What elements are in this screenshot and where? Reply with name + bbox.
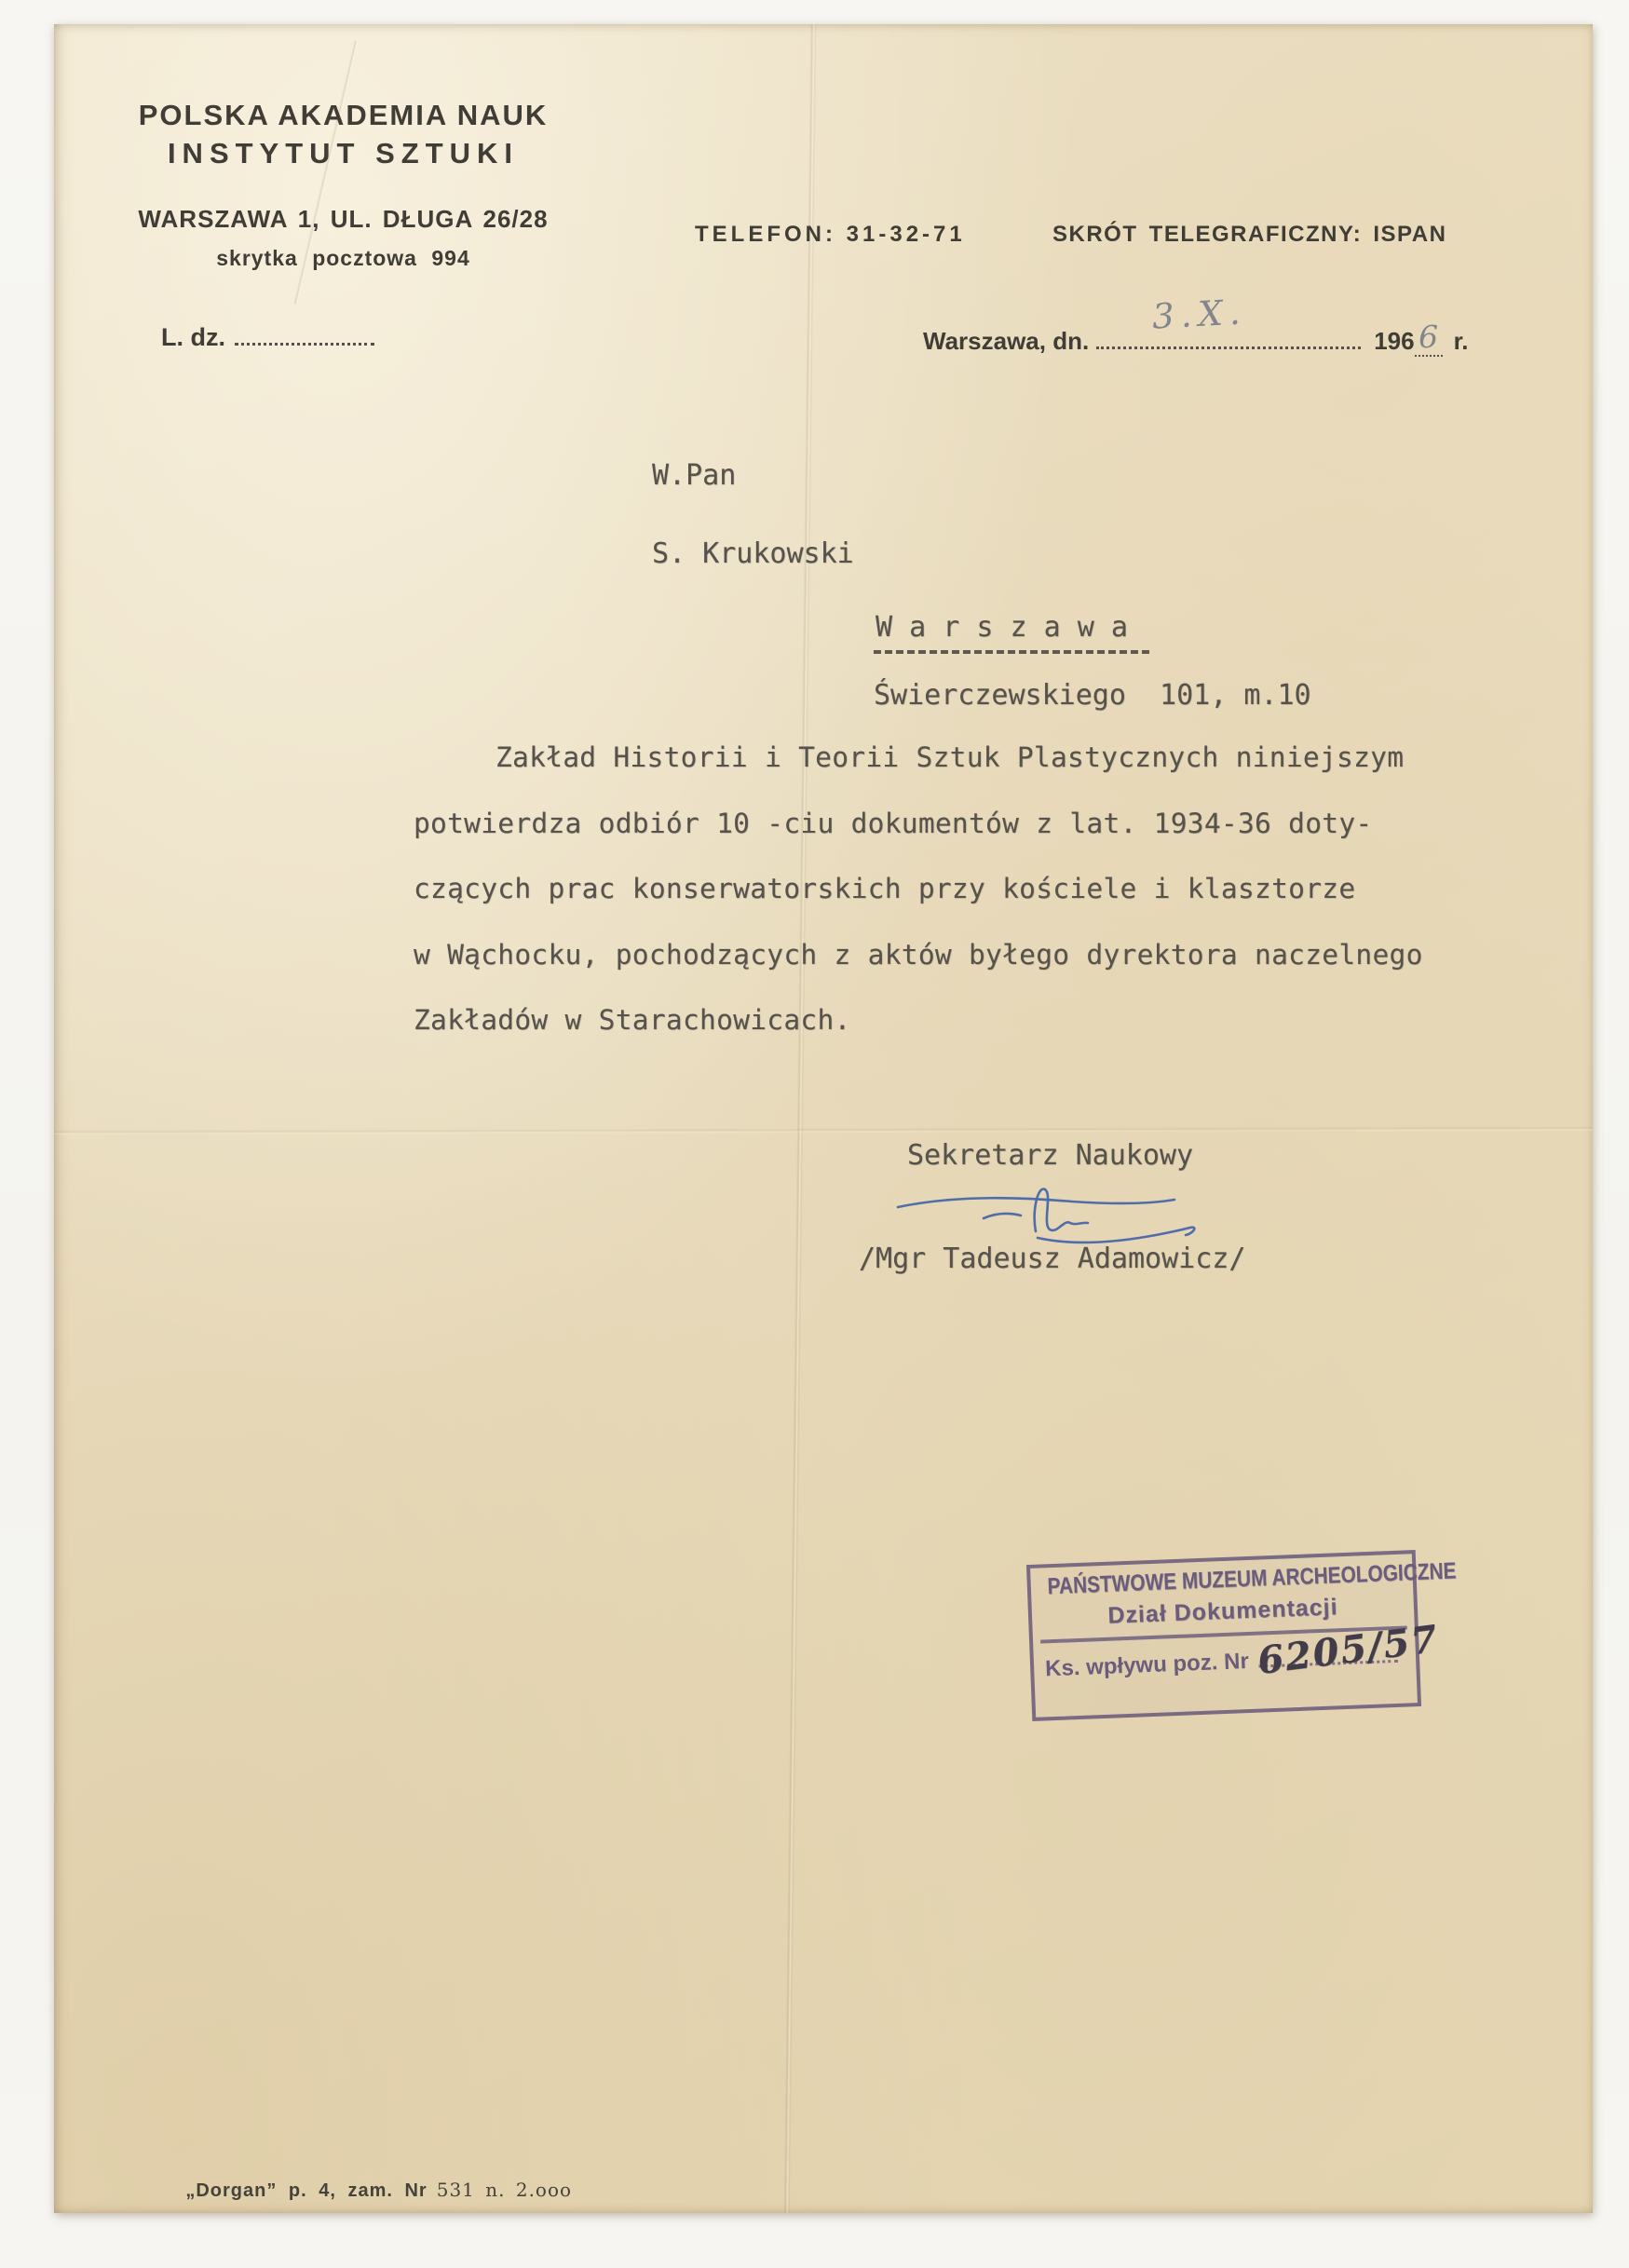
- date-row: Warszawa, dn.3.X.1966r.: [923, 320, 1469, 359]
- handwritten-year-digit: 6: [1415, 319, 1443, 357]
- date-suffix: r.: [1454, 327, 1469, 355]
- reference-number-row: L. dz.: [161, 322, 374, 352]
- organization-po-box: skrytka pocztowa 994: [99, 248, 588, 269]
- paper-fold-crease-horizontal: [54, 1126, 1593, 1135]
- letterhead: POLSKA AKADEMIA NAUK INSTYTUT SZTUKI WAR…: [99, 101, 588, 269]
- printer-imprint: „Dorgan” p. 4, zam. Nr531 n. 2.ooo: [155, 2157, 572, 2223]
- telegraph-abbreviation-line: SKRÓT TELEGRAFICZNY: ISPAN: [1052, 222, 1446, 248]
- reference-blank-dotted-line: [235, 322, 374, 346]
- scanned-letter-canvas: POLSKA AKADEMIA NAUK INSTYTUT SZTUKI WAR…: [0, 0, 1629, 2268]
- handwritten-date: 3.X.: [1151, 292, 1248, 336]
- recipient-city-underline: [874, 650, 1149, 654]
- date-dotted-line: 3.X.: [1096, 326, 1361, 349]
- paper-fold-crease-vertical: [783, 24, 817, 2213]
- body-line: w Wąchocku, pochodzących z aktów byłego …: [414, 939, 1596, 1005]
- stamp-handwritten-entry-number: 6205/57: [1256, 1617, 1442, 1683]
- reference-label: L. dz.: [161, 323, 225, 351]
- body-line: Zakładów w Starachowicach.: [414, 1004, 1596, 1070]
- organization-address: WARSZAWA 1, UL. DŁUGA 26/28: [99, 207, 588, 231]
- recipient-name: S. Krukowski: [652, 537, 854, 570]
- body-line: czących prac konserwatorskich przy kości…: [414, 873, 1596, 939]
- archive-stamp: PAŃSTWOWE MUZEUM ARCHEOLOGICZNE Dział Do…: [1026, 1550, 1421, 1721]
- stamp-entry-row: Ks. wpływu poz. Nr 6205/57: [1045, 1639, 1405, 1683]
- body-line: Zakład Historii i Teorii Sztuk Plastyczn…: [414, 741, 1596, 808]
- body-line: potwierdza odbiór 10 -ciu dokumentów z l…: [414, 808, 1596, 874]
- phone-line: TELEFON: 31-32-71: [695, 222, 966, 248]
- letter-paper-sheet: POLSKA AKADEMIA NAUK INSTYTUT SZTUKI WAR…: [54, 24, 1593, 2213]
- recipient-city: W a r s z a w a: [876, 611, 1128, 644]
- year-printed-prefix: 196: [1374, 327, 1414, 355]
- printer-imprint-bold-part: „Dorgan” p. 4, zam. Nr: [185, 2180, 427, 2201]
- printer-imprint-order-part: 531 n. 2.ooo: [437, 2179, 572, 2201]
- signature-title: Sekretarz Naukowy: [907, 1139, 1193, 1172]
- stamp-entry-label: Ks. wpływu poz. Nr: [1045, 1649, 1250, 1681]
- organization-name-line2: INSTYTUT SZTUKI: [99, 139, 588, 168]
- recipient-salutation: W.Pan: [652, 459, 736, 492]
- organization-name-line1: POLSKA AKADEMIA NAUK: [99, 101, 588, 129]
- signatory-typed-name: /Mgr Tadeusz Adamowicz/: [859, 1243, 1245, 1275]
- recipient-street-address: Świerczewskiego 101, m.10: [874, 679, 1311, 712]
- date-city-label: Warszawa, dn.: [923, 327, 1089, 355]
- letter-body: Zakład Historii i Teorii Sztuk Plastyczn…: [414, 741, 1596, 1070]
